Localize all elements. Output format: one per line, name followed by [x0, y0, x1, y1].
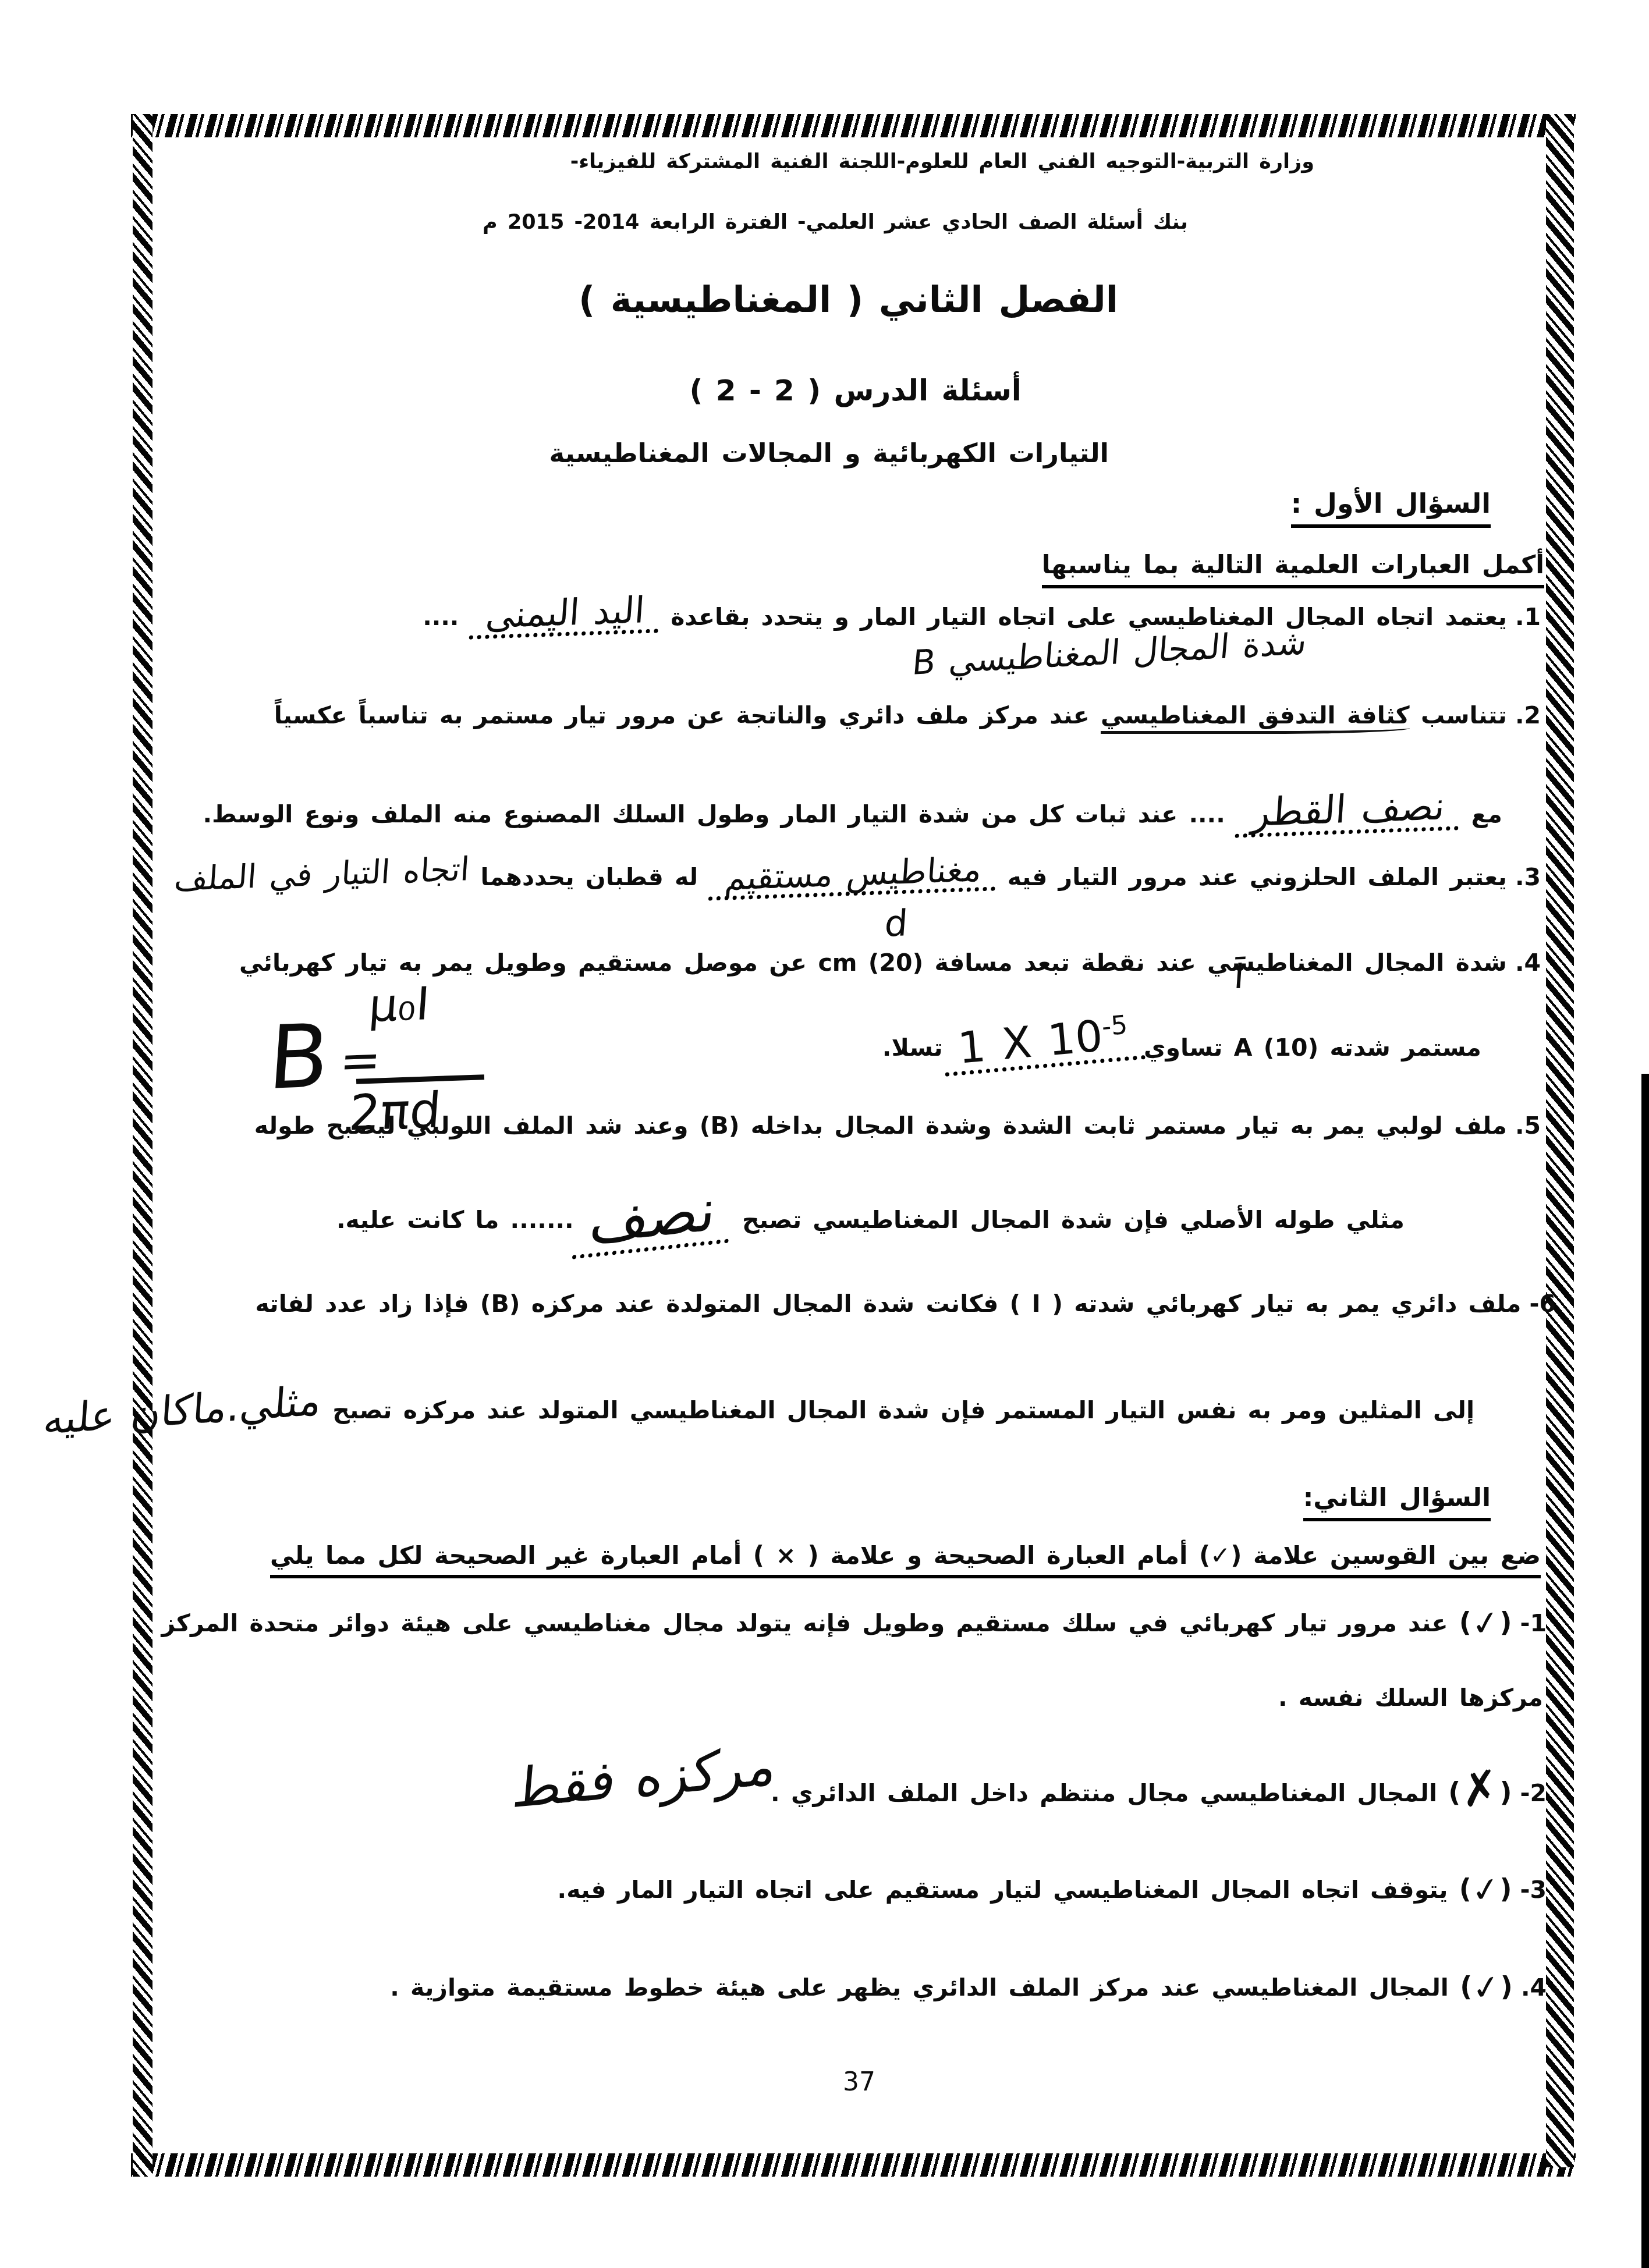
border-top: [131, 114, 1576, 137]
q1-item3-handwritten-answer1: مغناطيس مستقيم: [708, 851, 997, 900]
q2-item1-line2: مركزها السلك نفسه .: [1278, 1684, 1543, 1712]
q1-item3-stray: d: [885, 906, 907, 942]
q1-item4-text-b: مستمر شدته (10) A تساوي: [1144, 1034, 1481, 1062]
q2-item1-open-paren: (: [1499, 1606, 1512, 1638]
scan-edge-artifact: [1641, 1074, 1649, 2268]
q1-item2-number: 2.: [1515, 701, 1541, 729]
q1-item5-text-b: مثلي طوله الأصلي فإن شدة المجال المغناطي…: [731, 1206, 1405, 1234]
q1-item6-text-b: إلى المثلين ومر به نفس التيار المستمر فإ…: [321, 1396, 1474, 1424]
q1-item3-stray-mark: d: [884, 905, 909, 942]
q1-item5-text-c: ....... ما كانت عليه.: [336, 1206, 574, 1234]
q1-item2-text-d: .... عند ثبات كل من شدة التيار المار وطو…: [203, 800, 1236, 828]
q2-item3-line1: 3-(✓) يتوقف اتجاه المجال المغناطيسي لتيا…: [558, 1873, 1547, 1904]
q1-item2-text-b: عند مركز ملف دائري والناتجة عن مرور تيار…: [274, 701, 1101, 729]
q1-instruction: أكمل العبارات العلمية التالية بما يناسبه…: [1042, 551, 1544, 580]
q2-instruction-text: ضع بين القوسين علامة (✓) أمام العبارة ال…: [270, 1541, 1541, 1578]
q1-item5-line2: مثلي طوله الأصلي فإن شدة المجال المغناطي…: [336, 1187, 1405, 1251]
q1-item1-number: 1.: [1515, 603, 1541, 631]
q2-item1-text: عند مرور تيار كهربائي في سلك مستقيم وطوي…: [162, 1609, 1448, 1637]
q1-item4-mark-above: Ī: [1234, 959, 1244, 994]
q1-item4-text-a: شدة المجال المغناطيسي عند نقطة تبعد مساف…: [239, 949, 1507, 977]
q1-instruction-text: أكمل العبارات العلمية التالية بما يناسبه…: [1042, 551, 1544, 588]
q1-item2-line1: 2.تتناسب كثافة التدفق المغناطيسي عند مرك…: [274, 701, 1541, 729]
q2-item4-open-paren: (: [1501, 1971, 1513, 2002]
q1-item4-handwritten-I: Ī: [1233, 959, 1246, 995]
q1-item5-handwritten-answer: نصف: [572, 1179, 733, 1259]
q2-item1-check-mark: ✓: [1471, 1621, 1499, 1625]
q2-item4-number: 4.: [1521, 1974, 1547, 2001]
q2-item3-number: 3-: [1520, 1876, 1547, 1904]
q1-item3-text-b: له قطبان يحددهما: [469, 863, 709, 891]
q1-item1-dots: ....: [423, 603, 470, 631]
q1-item1-handwritten-answer: اليد اليمنى: [469, 591, 661, 640]
q1-item2-line2: مع نصف القطر .... عند ثبات كل من شدة الت…: [203, 790, 1502, 834]
q2-item2-handwritten-note: مركزه فقط: [510, 1739, 779, 1816]
formula-numerator: μ₀I: [367, 981, 431, 1029]
border-right: [1546, 114, 1574, 2167]
q1-item4-handwritten-value: 1 X 10-5: [941, 1011, 1146, 1077]
q1-heading: السؤال الأول :: [1291, 488, 1491, 519]
page-title: الفصل الثاني ( المغناطيسية ): [579, 278, 1118, 321]
q1-item4-line1: 4.شدة المجال المغناطيسي عند نقطة تبعد مس…: [239, 949, 1541, 977]
q2-item4-check-mark: ✓: [1472, 1986, 1500, 1990]
q1-item2-text-a: تتناسب: [1410, 701, 1507, 729]
q1-item6-number: 6-: [1529, 1290, 1556, 1318]
q1-heading-text: السؤال الأول :: [1291, 488, 1491, 528]
q2-item2-note: مركزه فقط: [512, 1751, 777, 1804]
q2-item2-x-mark: ✗: [1461, 1786, 1499, 1791]
q2-item3-check-mark: ✓: [1471, 1888, 1499, 1892]
q1-item4-value-mantissa: 1 X 10: [956, 1011, 1105, 1073]
q1-item5-text-a: ملف لولبي يمر به تيار مستمر ثابت الشدة و…: [254, 1112, 1507, 1140]
header-line1: وزارة التربية-التوجيه الفني العام للعلوم…: [570, 150, 1314, 173]
header-line2: بنك أسئلة الصف الحادي عشر العلمي- الفترة…: [483, 211, 1188, 234]
q2-item2-text: المجال المغناطيسي مجال منتظم داخل الملف …: [771, 1779, 1437, 1807]
handwritten-formula: μ₀I B = 2πd: [269, 973, 519, 1218]
q1-item2-handwritten-answer: نصف القطر: [1235, 786, 1462, 838]
q1-item5-line1: 5.ملف لولبي يمر به تيار مستمر ثابت الشدة…: [254, 1112, 1541, 1140]
border-left: [133, 114, 153, 2177]
q2-item3-open-paren: (: [1499, 1873, 1512, 1904]
q2-item4-text: المجال المغناطيسي عند مركز الملف الدائري…: [390, 1974, 1449, 2001]
q1-item1-note: شدة المجال المغناطيسي B: [912, 636, 1307, 670]
page-number: 37: [843, 2067, 875, 2097]
q2-item1-number: 1-: [1520, 1609, 1547, 1637]
formula-lhs-B: B: [266, 1013, 332, 1102]
q2-item2-number: 2-: [1520, 1779, 1547, 1807]
q2-instruction: ضع بين القوسين علامة (✓) أمام العبارة ال…: [270, 1541, 1541, 1570]
q1-item2-text-c: مع: [1460, 800, 1502, 828]
q1-item3: 3.يعتبر الملف الحلزوني عند مرور التيار ف…: [174, 857, 1541, 896]
q1-item3-number: 3.: [1515, 863, 1541, 891]
q1-item4-text-c: تسلا.: [882, 1034, 943, 1062]
q2-item4-line1: 4.(✓) المجال المغناطيسي عند مركز الملف ا…: [390, 1971, 1547, 2002]
q1-item6-line2: إلى المثلين ومر به نفس التيار المستمر فإ…: [43, 1390, 1474, 1431]
q1-item6-handwritten-answer: مثلي.ماكان عليه: [42, 1380, 322, 1440]
q1-item4-number: 4.: [1515, 949, 1541, 977]
q1-item3-handwritten-answer2: اتجاه التيار في الملف: [173, 853, 470, 896]
q1-item5-number: 5.: [1515, 1112, 1541, 1140]
q1-item2-underlined-term: كثافة التدفق المغناطيسي: [1101, 701, 1410, 734]
q1-item3-text-a: يعتبر الملف الحلزوني عند مرور التيار فيه: [997, 863, 1507, 891]
q2-item1-line1: 1-(✓) عند مرور تيار كهربائي في سلك مستقي…: [162, 1606, 1547, 1638]
q1-item4-value-exponent: -5: [1100, 1010, 1129, 1042]
q2-item1-text2: مركزها السلك نفسه .: [1278, 1684, 1543, 1712]
border-bottom: [131, 2153, 1576, 2177]
lesson-subtitle: أسئلة الدرس ( 2 - 2 ): [689, 374, 1022, 407]
q1-item6-text-a: ملف دائري يمر به تيار كهربائي شدته ( I )…: [255, 1290, 1521, 1318]
topic-subtitle: التيارات الكهربائية و المجالات المغناطيس…: [549, 438, 1109, 468]
q1-item1: 1.يعتمد اتجاه المجال المغناطيسي على اتجا…: [423, 595, 1541, 636]
q1-item4-line2: مستمر شدته (10) A تساوي1 X 10-5تسلا.: [882, 1020, 1481, 1068]
q1-item6-line1: 6-ملف دائري يمر به تيار كهربائي شدته ( I…: [255, 1290, 1556, 1318]
scanned-exam-page: وزارة التربية-التوجيه الفني العام للعلوم…: [0, 0, 1649, 2268]
q2-heading-text: السؤال الثاني:: [1303, 1483, 1491, 1521]
q1-item1-text: يعتمد اتجاه المجال المغناطيسي على اتجاه …: [659, 603, 1507, 631]
q2-item3-text: يتوقف اتجاه المجال المغناطيسي لتيار مستق…: [558, 1876, 1448, 1904]
q2-heading: السؤال الثاني:: [1303, 1483, 1491, 1513]
q2-item2-line1: 2-(✗) المجال المغناطيسي مجال منتظم داخل …: [771, 1776, 1547, 1808]
